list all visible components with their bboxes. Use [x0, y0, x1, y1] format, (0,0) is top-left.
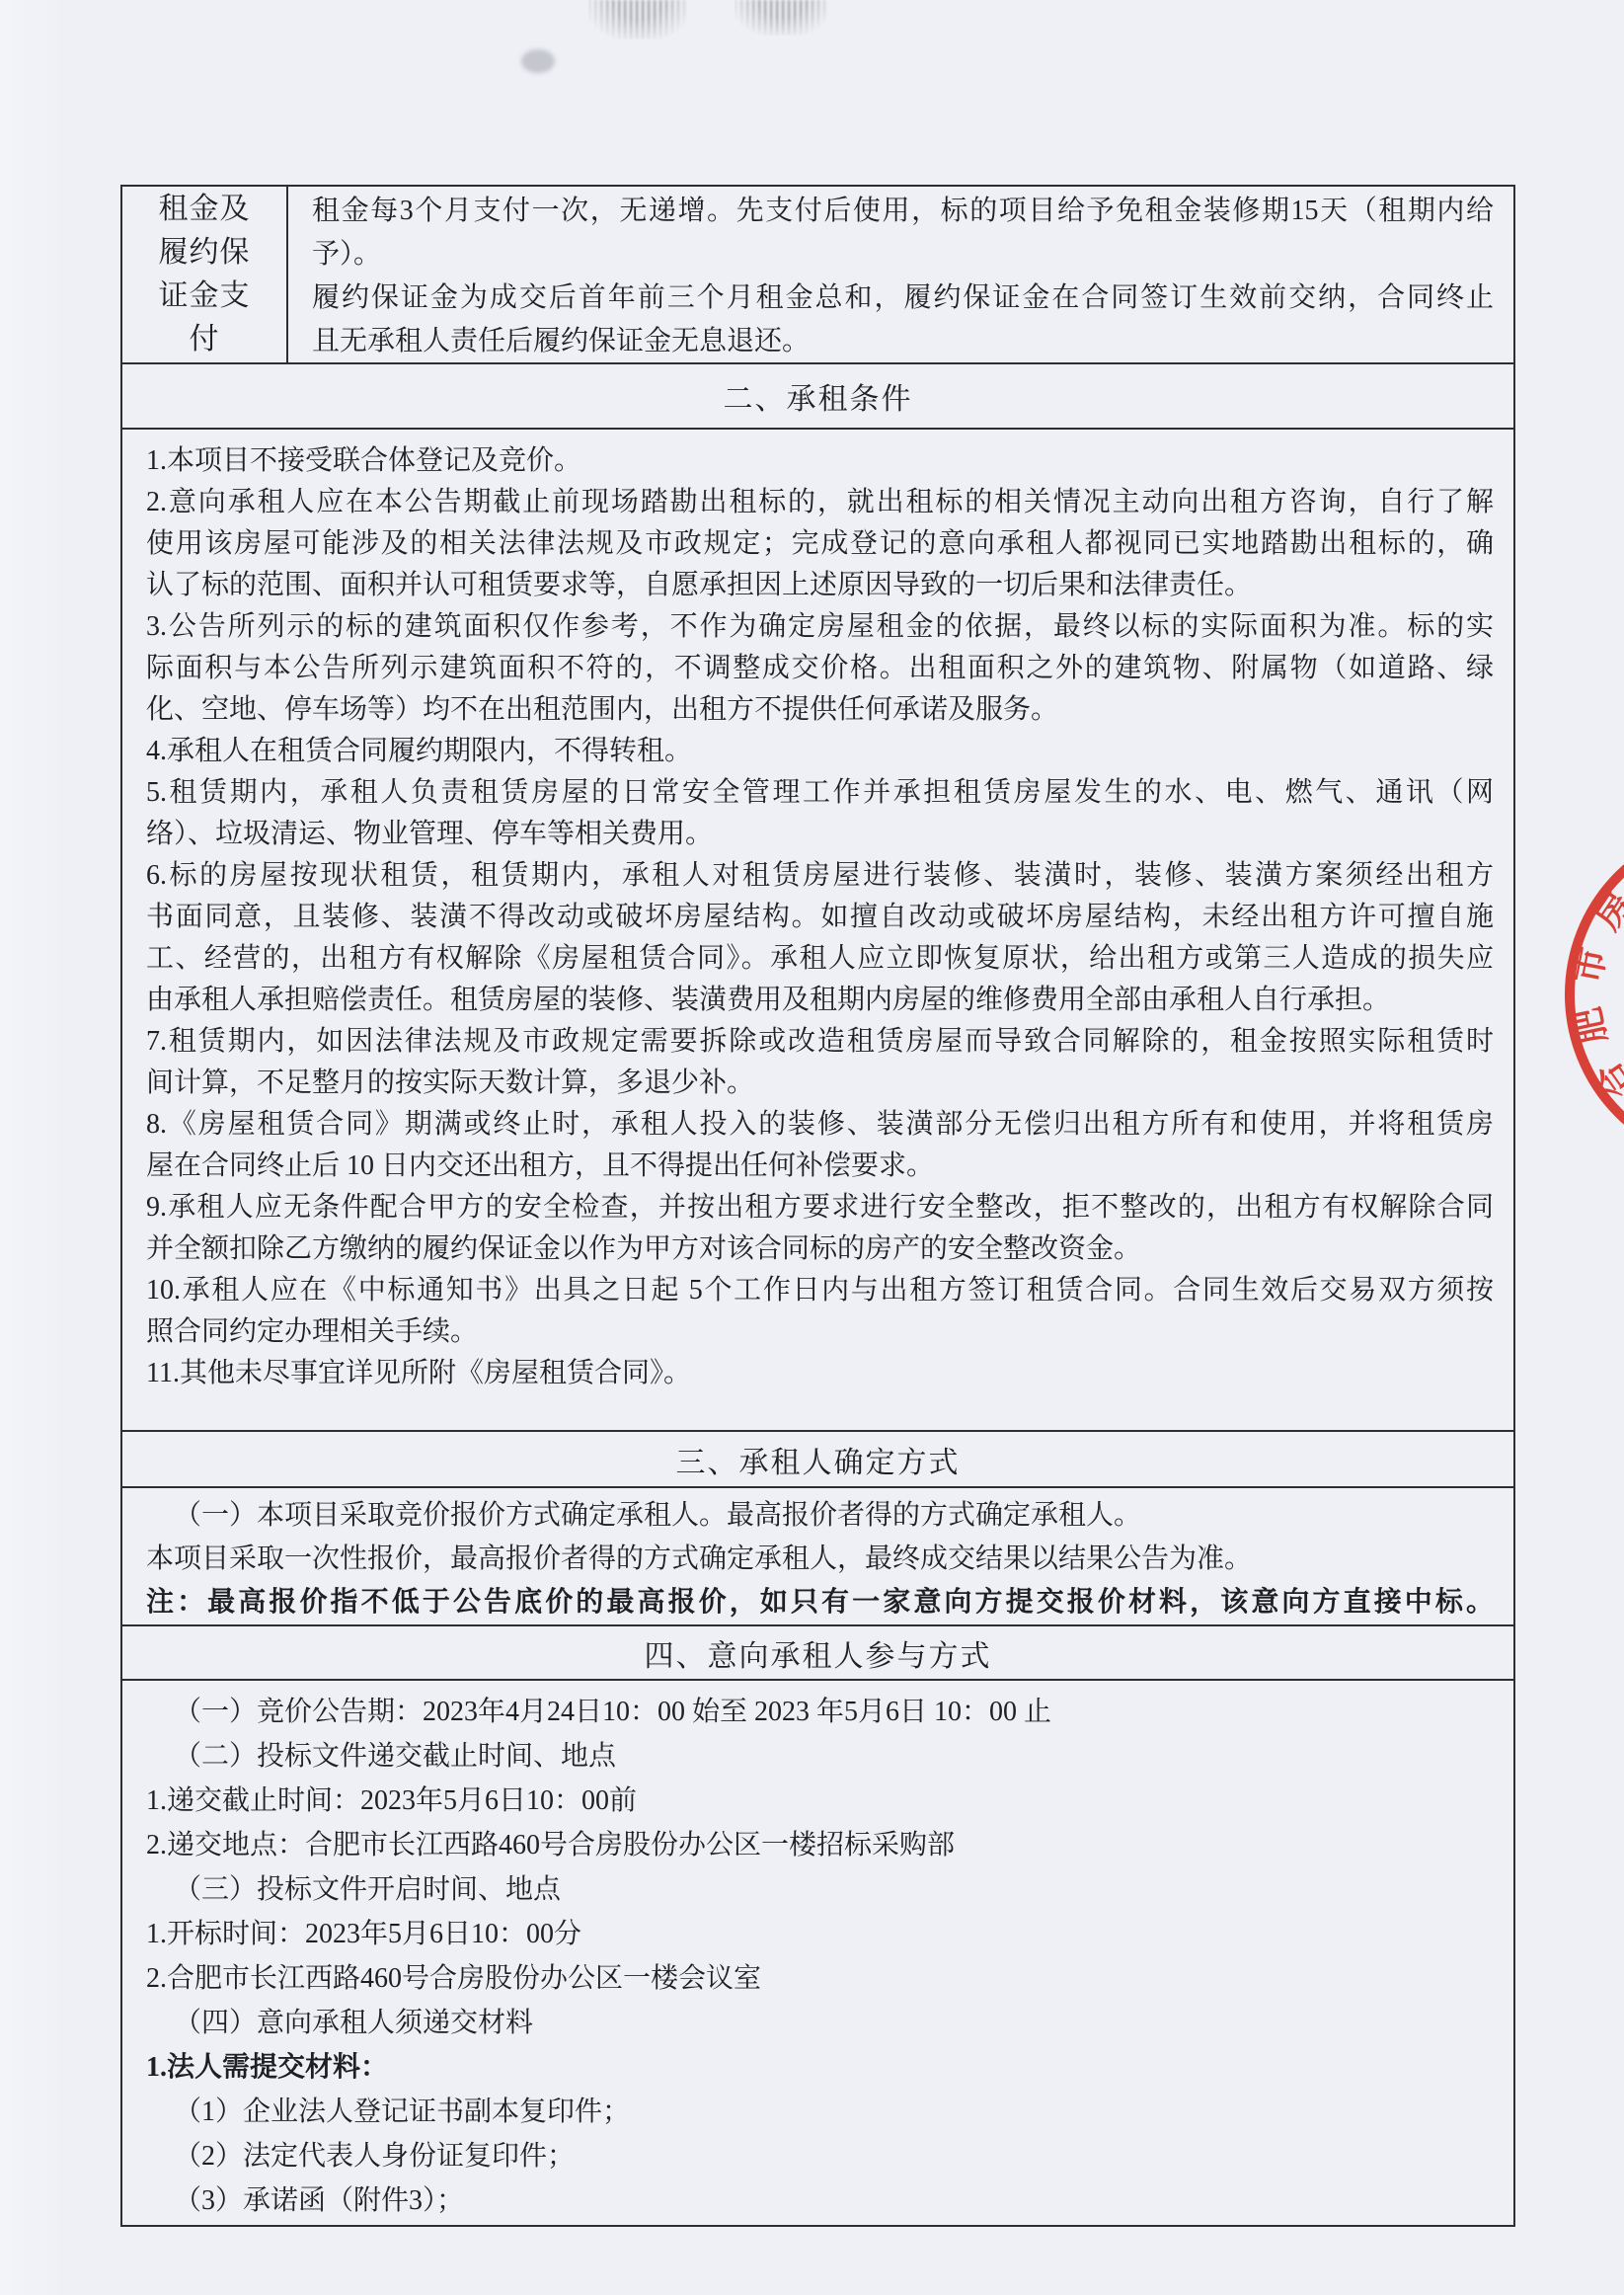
text-line: 4.承租人在租赁合同履约期限内，不得转租。: [146, 731, 1494, 772]
row-rent-deposit: 租金及履约保证金支付 租金每3个月支付一次，无递增。先支付后使用，标的项目给予免…: [122, 187, 1513, 364]
text-line: 且无承租人责任后履约保证金无息退还。: [312, 320, 1494, 363]
text-line: 2.意向承租人应在本公告期截止前现场踏勘出租标的，就出租标的相关情况主动向出租方…: [146, 482, 1494, 523]
text-line: （二）投标文件递交截止时间、地点: [146, 1734, 1494, 1779]
text-line: （三）投标文件开启时间、地点: [146, 1867, 1494, 1912]
text-line: 6.标的房屋按现状租赁，租赁期内，承租人对租赁房屋进行装修、装潢时，装修、装潢方…: [146, 855, 1494, 897]
text-line: 付: [190, 318, 220, 361]
text-line: 间计算，不足整月的按实际天数计算，多退少补。: [146, 1063, 1494, 1104]
text-line: （一）竞价公告期：2023年4月24日10：00 始至 2023 年5月6日 1…: [146, 1690, 1494, 1734]
text-line: 使用该房屋可能涉及的相关法律法规及市政规定；完成登记的意向承租人都视同已实地踏勘…: [146, 523, 1494, 565]
text-line: 工、经营的，出租方有权解除《房屋租赁合同》。承租人应立即恢复原状，给出租方或第三…: [146, 938, 1494, 980]
text-line: 2.合肥市长江西路460号合房股份办公区一楼会议室: [146, 1956, 1494, 2001]
section3-header-row: 三、承租人确定方式: [122, 1432, 1513, 1488]
text-line: 3.公告所列示的标的建筑面积仅作参考，不作为确定房屋租金的依据，最终以标的实际面…: [146, 606, 1494, 648]
seal-char: 房: [1586, 885, 1624, 937]
text-line: 际面积与本公告所列示建筑面积不符的，不调整成交价格。出租面积之外的建筑物、附属物…: [146, 648, 1494, 689]
text-line: 屋在合同终止后 10 日内交还出租方，且不得提出任何补偿要求。: [146, 1146, 1494, 1187]
text-line: 化、空地、停车场等）均不在出租范围内，出租方不提供任何承诺及服务。: [146, 689, 1494, 731]
section2-header-row: 二、承租条件: [122, 364, 1513, 430]
rent-deposit-row-header: 租金及履约保证金支付: [122, 187, 288, 362]
text-line: 证金支: [159, 275, 251, 318]
announcement-table: 租金及履约保证金支付 租金每3个月支付一次，无递增。先支付后使用，标的项目给予免…: [120, 185, 1515, 2227]
section2-body-cell: 1.本项目不接受联合体登记及竞价。2.意向承租人应在本公告期截止前现场踏勘出租标…: [122, 430, 1513, 1432]
text-line: 8.《房屋租赁合同》期满或终止时，承租人投入的装修、装潢部分无偿归出租方所有和使…: [146, 1104, 1494, 1146]
text-line: （四）意向承租人须递交材料: [146, 2001, 1494, 2045]
scan-smudge-right: [735, 0, 829, 36]
scanned-document-page: 租金及履约保证金支付 租金每3个月支付一次，无递增。先支付后使用，标的项目给予免…: [0, 0, 1624, 2295]
scan-smudge-left: [588, 0, 689, 40]
text-line: 10.承租人应在《中标通知书》出具之日起 5个工作日内与出租方签订租赁合同。合同…: [146, 1270, 1494, 1311]
section2-title: 二、承租条件: [724, 374, 913, 418]
text-line: 照合同约定办理相关手续。: [146, 1311, 1494, 1353]
rent-deposit-terms-cell: 租金每3个月支付一次，无递增。先支付后使用，标的项目给予免租金装修期15天（租期…: [288, 187, 1513, 362]
seal-ring: [1570, 827, 1624, 1162]
text-line: 7.租赁期内，如因法律法规及市政规定需要拆除或改造租赁房屋而导致合同解除的，租金…: [146, 1021, 1494, 1063]
text-line: 5.租赁期内，承租人负责租赁房屋的日常安全管理工作并承担租赁房屋发生的水、电、燃…: [146, 772, 1494, 814]
text-line: 租金及: [159, 188, 251, 231]
text-line: （3）承诺函（附件3）；: [146, 2178, 1494, 2223]
red-seal-stamp: 合 肥 市 房: [1545, 820, 1624, 1215]
text-line: 1.本项目不接受联合体登记及竞价。: [146, 440, 1494, 482]
seal-char: 市: [1568, 944, 1613, 987]
text-line: 由承租人承担赔偿责任。租赁房屋的装修、装潢费用及租期内房屋的维修费用全部由承租人…: [146, 980, 1494, 1021]
section3-title: 三、承租人确定方式: [676, 1438, 961, 1481]
text-line: （2）法定代表人身份证复印件；: [146, 2134, 1494, 2178]
text-line: 履约保: [159, 231, 251, 275]
text-line: 9.承租人应无条件配合甲方的安全检查，并按出租方要求进行安全整改，拒不整改的，出…: [146, 1187, 1494, 1228]
seal-char: 合: [1587, 1055, 1624, 1106]
section3-body-cell: （一）本项目采取竞价报价方式确定承租人。最高报价者得的方式确定承租人。本项目采取…: [122, 1488, 1513, 1626]
text-line: 租金每3个月支付一次，无递增。先支付后使用，标的项目给予免租金装修期15天（租期…: [312, 190, 1494, 233]
text-line: 书面同意，且装修、装潢不得改动或破坏房屋结构。如擅自改动或破坏房屋结构，未经出租…: [146, 897, 1494, 938]
text-line: 1.开标时间：2023年5月6日10：00分: [146, 1912, 1494, 1956]
text-line: 络）、垃圾清运、物业管理、停车等相关费用。: [146, 814, 1494, 855]
scan-speck: [521, 49, 555, 73]
section4-header-row: 四、意向承租人参与方式: [122, 1626, 1513, 1681]
text-line: 本项目采取一次性报价，最高报价者得的方式确定承租人，最终成交结果以结果公告为准。: [146, 1538, 1494, 1581]
text-line: 并全额扣除乙方缴纳的履约保证金以作为甲方对该合同标的房产的安全整改资金。: [146, 1228, 1494, 1270]
text-line: 注：最高报价指不低于公告底价的最高报价，如只有一家意向方提交报价材料，该意向方直…: [146, 1581, 1494, 1624]
text-line: 予）。: [312, 233, 1494, 277]
text-line: 认了标的范围、面积并认可租赁要求等，自愿承担因上述原因导致的一切后果和法律责任。: [146, 565, 1494, 606]
text-line: 2.递交地点：合肥市长江西路460号合房股份办公区一楼招标采购部: [146, 1823, 1494, 1867]
section4-title: 四、意向承租人参与方式: [645, 1631, 992, 1675]
section4-body-cell: （一）竞价公告期：2023年4月24日10：00 始至 2023 年5月6日 1…: [122, 1681, 1513, 2225]
text-line: 1.递交截止时间：2023年5月6日10：00前: [146, 1779, 1494, 1823]
text-line: 1.法人需提交材料：: [146, 2045, 1494, 2090]
text-line: （一）本项目采取竞价报价方式确定承租人。最高报价者得的方式确定承租人。: [146, 1494, 1494, 1538]
text-line: 履约保证金为成交后首年前三个月租金总和，履约保证金在合同签订生效前交纳，合同终止: [312, 277, 1494, 320]
text-line: （1）企业法人登记证书副本复印件；: [146, 2090, 1494, 2134]
text-line: 11.其他未尽事宜详见所附《房屋租赁合同》。: [146, 1353, 1494, 1394]
